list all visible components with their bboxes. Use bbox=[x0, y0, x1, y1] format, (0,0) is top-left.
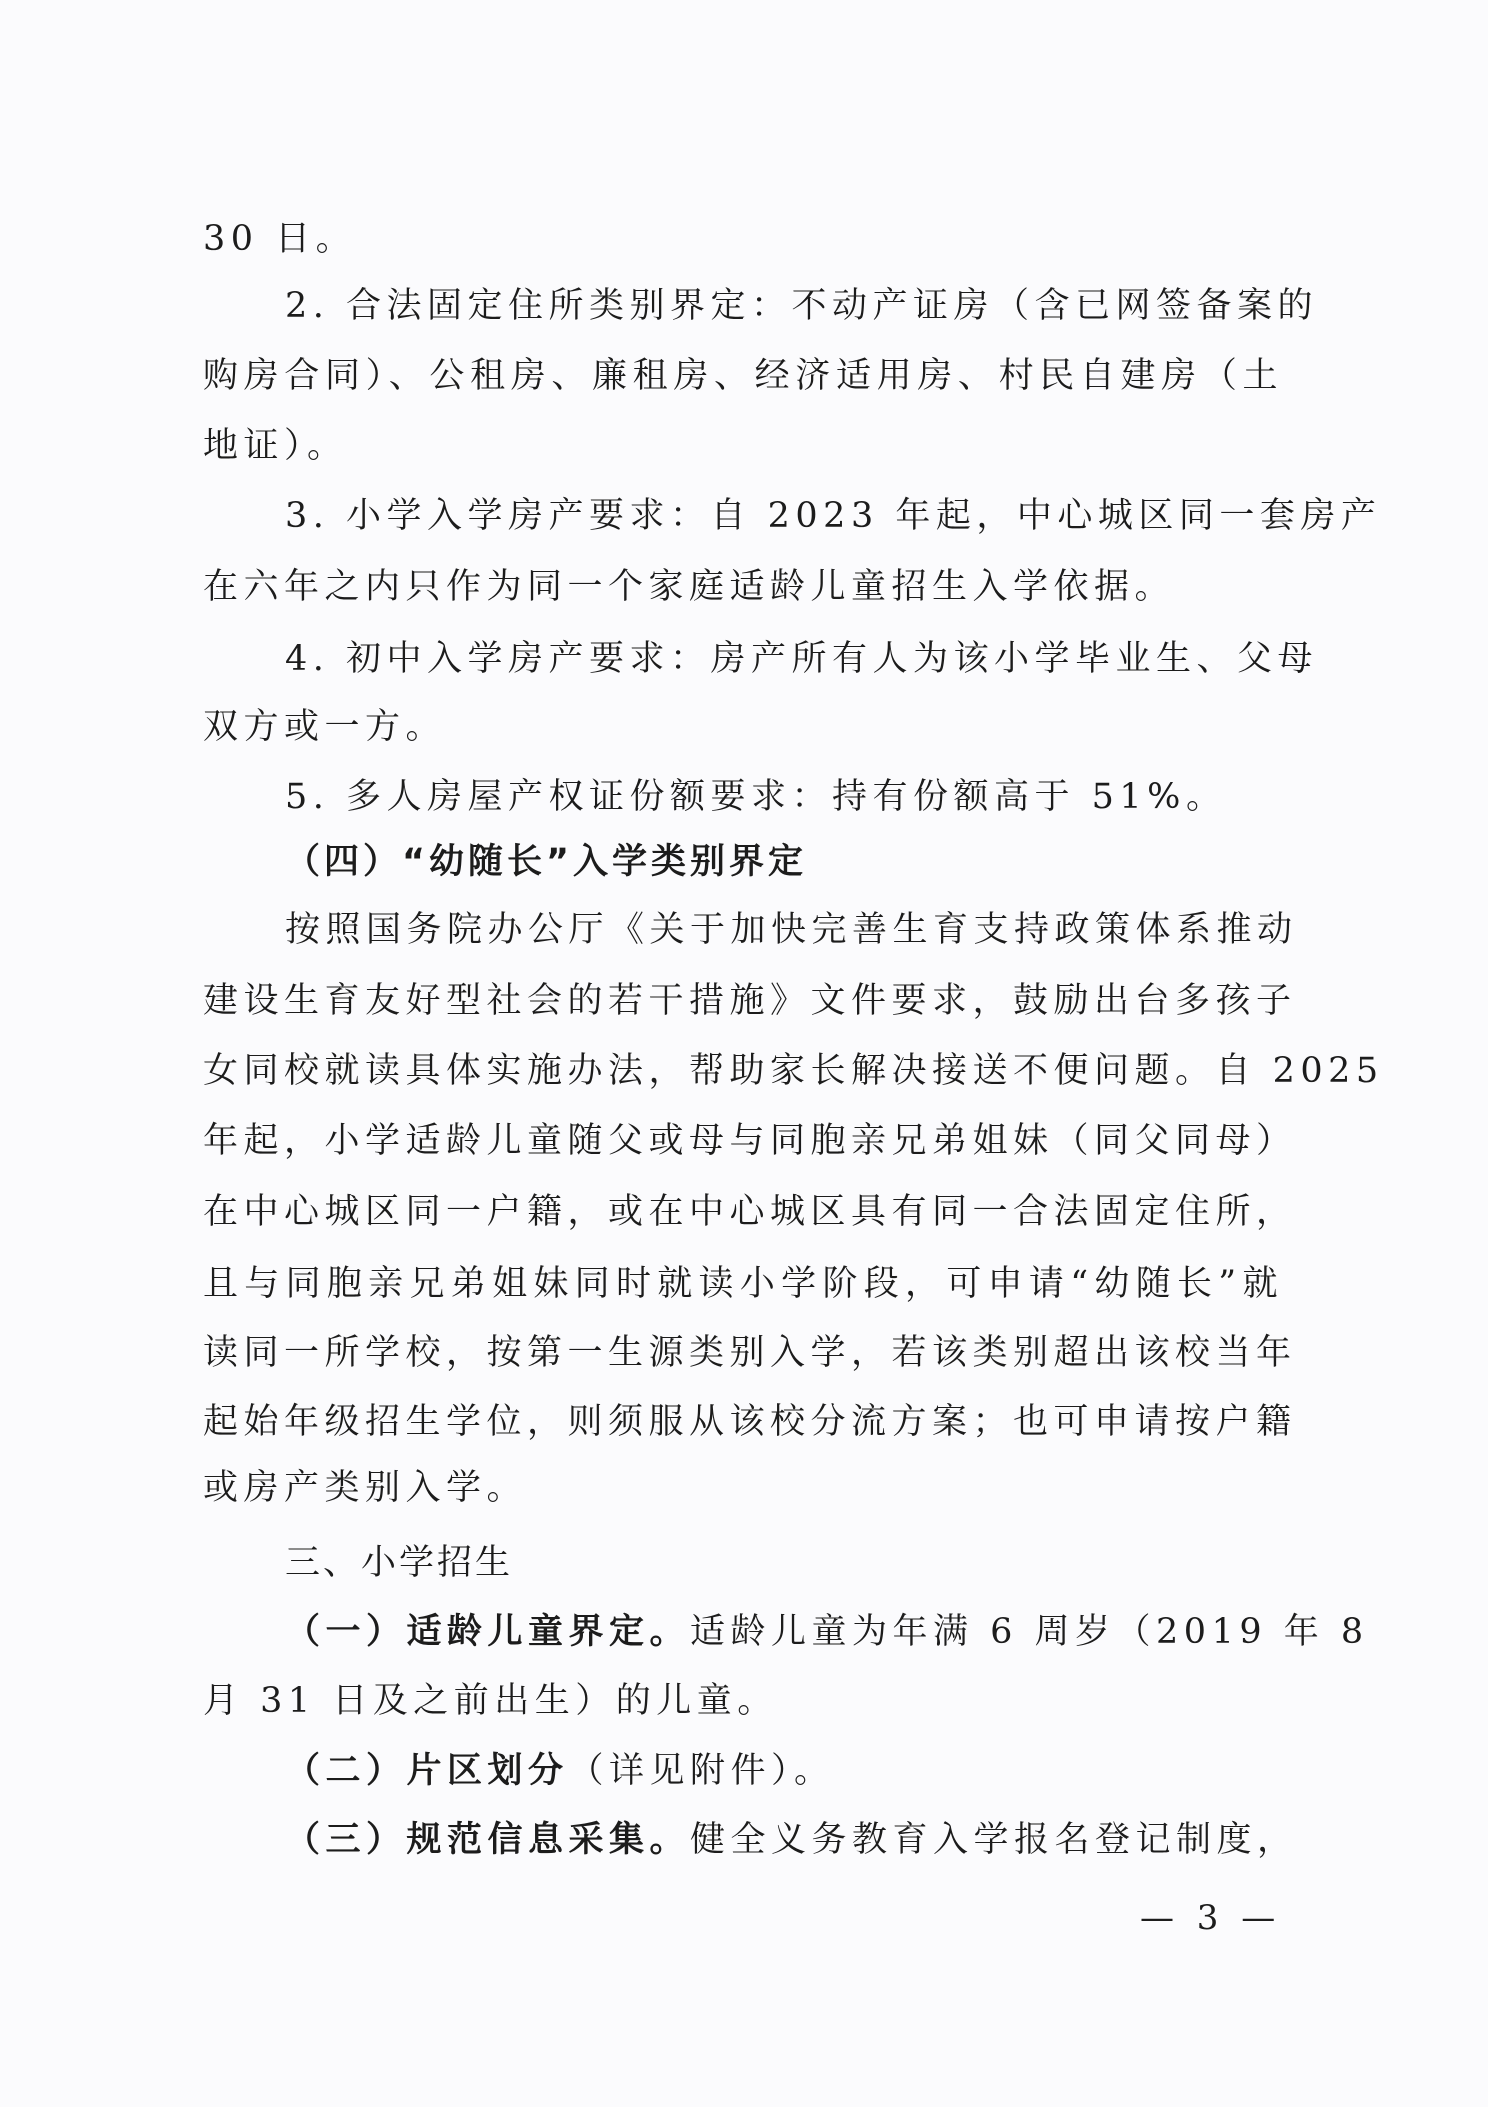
paragraph-line: 女同校就读具体实施办法，帮助家长解决接送不便问题。自 2025 bbox=[203, 1048, 1283, 1094]
paragraph-line: 读同一所学校，按第一生源类别入学，若该类别超出该校当年 bbox=[203, 1330, 1283, 1376]
body-text-line: 购房合同）、公租房、廉租房、经济适用房、村民自建房（土 bbox=[203, 353, 1283, 399]
paragraph-line: 在中心城区同一户籍，或在中心城区具有同一合法固定住所， bbox=[203, 1189, 1283, 1235]
body-text-line: 地证）。 bbox=[203, 423, 1283, 469]
paragraph-line: 按照国务院办公厅《关于加快完善生育支持政策体系推动 bbox=[285, 907, 1283, 953]
body-text-line: 3. 小学入学房产要求：自 2023 年起，中心城区同一套房产 bbox=[285, 493, 1283, 539]
item-text: 适龄儿童为年满 6 周岁（2019 年 8 bbox=[690, 1612, 1369, 1652]
section-heading-four: （四）“幼随长”入学类别界定 bbox=[285, 839, 1283, 885]
paragraph-line: 建设生育友好型社会的若干措施》文件要求，鼓励出台多孩子 bbox=[203, 978, 1283, 1024]
body-text-line: 双方或一方。 bbox=[203, 704, 1283, 750]
page-number: — 3 — bbox=[1140, 1896, 1281, 1940]
item-one-line: （一）适龄儿童界定。适龄儿童为年满 6 周岁（2019 年 8 bbox=[285, 1609, 1283, 1655]
item-two-line: （二）片区划分（详见附件）。 bbox=[285, 1748, 1283, 1794]
item-one-continuation: 月 31 日及之前出生）的儿童。 bbox=[203, 1678, 1283, 1724]
paragraph-line: 年起，小学适龄儿童随父或母与同胞亲兄弟姐妹（同父同母） bbox=[203, 1118, 1283, 1164]
item-label: （一）适龄儿童界定。 bbox=[285, 1612, 690, 1652]
document-page: 30 日。2. 合法固定住所类别界定：不动产证房（含已网签备案的购房合同）、公租… bbox=[0, 0, 1488, 2107]
paragraph-line: 或房产类别入学。 bbox=[203, 1465, 1283, 1511]
item-three-line: （三）规范信息采集。健全义务教育入学报名登记制度， bbox=[285, 1817, 1283, 1863]
body-text-line: 4. 初中入学房产要求：房产所有人为该小学毕业生、父母 bbox=[285, 636, 1283, 682]
paragraph-line: 且与同胞亲兄弟姐妹同时就读小学阶段，可申请“幼随长”就 bbox=[203, 1261, 1283, 1307]
item-label: （二）片区划分 bbox=[285, 1751, 569, 1791]
section-heading-three: 三、小学招生 bbox=[285, 1540, 1283, 1586]
item-text: （详见附件）。 bbox=[569, 1751, 835, 1791]
body-text-line: 5. 多人房屋产权证份额要求：持有份额高于 51%。 bbox=[285, 774, 1283, 820]
paragraph-line: 起始年级招生学位，则须服从该校分流方案；也可申请按户籍 bbox=[203, 1399, 1283, 1445]
body-text-line: 在六年之内只作为同一个家庭适龄儿童招生入学依据。 bbox=[203, 564, 1283, 610]
item-text: 健全义务教育入学报名登记制度， bbox=[690, 1820, 1298, 1860]
body-text-line: 2. 合法固定住所类别界定：不动产证房（含已网签备案的 bbox=[285, 283, 1283, 329]
item-label: （三）规范信息采集。 bbox=[285, 1820, 690, 1860]
body-text-line: 30 日。 bbox=[203, 216, 1283, 262]
